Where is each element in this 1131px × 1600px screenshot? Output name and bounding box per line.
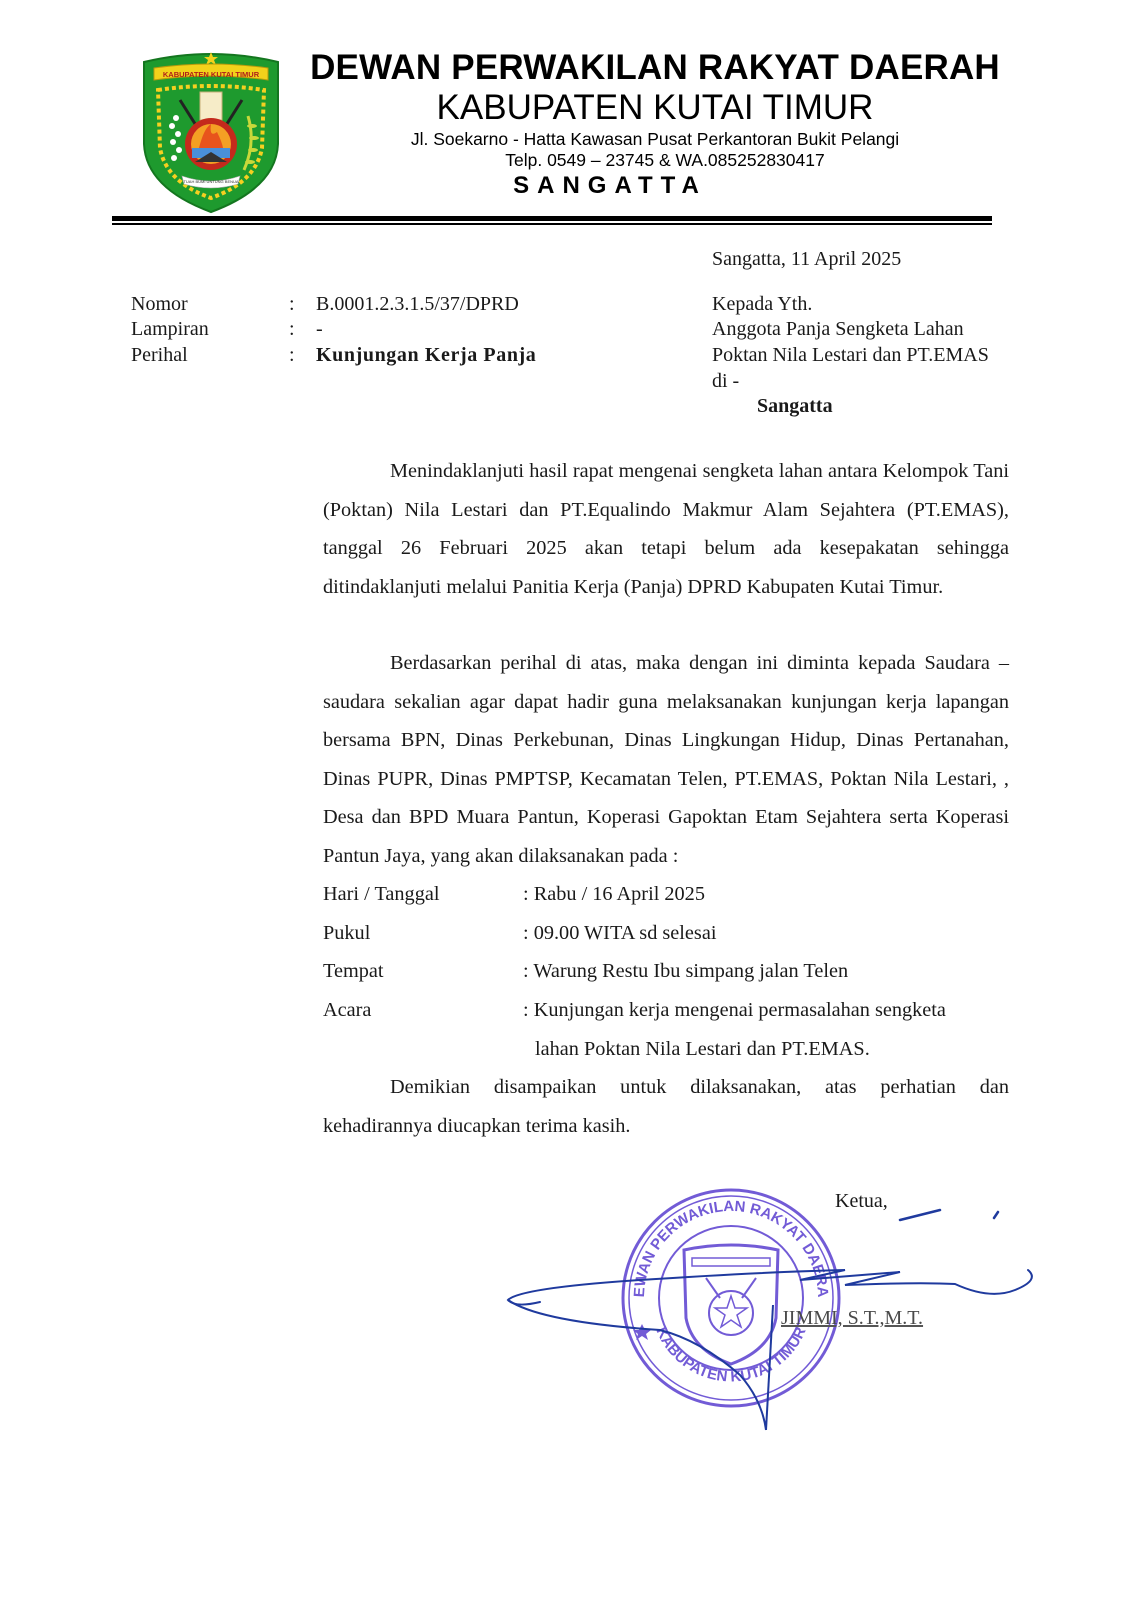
schedule-label-place: Tempat bbox=[323, 958, 384, 984]
meta-value-perihal: Kunjungan Kerja Panja bbox=[316, 342, 536, 368]
meta-sep: : bbox=[289, 316, 295, 342]
schedule-label-date: Hari / Tanggal bbox=[323, 881, 439, 907]
letterhead-address: Jl. Soekarno - Hatta Kawasan Pusat Perka… bbox=[290, 129, 1020, 150]
closing-paragraph: Demikian disampaikan untuk dilaksanakan,… bbox=[323, 1068, 1009, 1145]
body-paragraph-1: Menindaklanjuti hasil rapat mengenai sen… bbox=[323, 452, 1009, 606]
schedule-value-event: : Kunjungan kerja mengenai permasalahan … bbox=[523, 997, 946, 1023]
handwritten-signature-icon bbox=[500, 1200, 1045, 1440]
recipient-line1: Anggota Panja Sengketa Lahan bbox=[712, 316, 964, 342]
meta-label-perihal: Perihal bbox=[131, 342, 188, 368]
recipient-place: Sangatta bbox=[757, 393, 833, 419]
meta-label-lampiran: Lampiran bbox=[131, 316, 209, 342]
letterhead-organization: DEWAN PERWAKILAN RAKYAT DAERAH bbox=[290, 48, 1020, 88]
meta-sep: : bbox=[289, 342, 295, 368]
meta-label-nomor: Nomor bbox=[131, 291, 188, 317]
letterhead-city: SANGATTA bbox=[245, 172, 975, 200]
meta-value-lampiran: - bbox=[316, 316, 323, 342]
meta-value-nomor: B.0001.2.3.1.5/37/DPRD bbox=[316, 291, 519, 317]
recipient-di: di - bbox=[712, 368, 739, 394]
recipient-line2: Poktan Nila Lestari dan PT.EMAS bbox=[712, 342, 989, 368]
svg-text:KABUPATEN KUTAI TIMUR: KABUPATEN KUTAI TIMUR bbox=[163, 70, 260, 79]
recipient-greeting: Kepada Yth. bbox=[712, 291, 812, 317]
schedule-value-event-continued: lahan Poktan Nila Lestari dan PT.EMAS. bbox=[535, 1036, 870, 1062]
body-paragraph-2: Berdasarkan perihal di atas, maka dengan… bbox=[323, 644, 1009, 875]
schedule-value-time: : 09.00 WITA sd selesai bbox=[523, 920, 716, 946]
letterhead-region: KABUPATEN KUTAI TIMUR bbox=[290, 88, 1020, 128]
schedule-label-event: Acara bbox=[323, 997, 371, 1023]
letterhead-phone: Telp. 0549 – 23745 & WA.085252830417 bbox=[300, 150, 1030, 171]
letterhead-divider-thick bbox=[112, 216, 992, 221]
schedule-value-place: : Warung Restu Ibu simpang jalan Telen bbox=[523, 958, 848, 984]
meta-sep: : bbox=[289, 291, 295, 317]
place-date: Sangatta, 11 April 2025 bbox=[712, 246, 901, 272]
schedule-value-date: : Rabu / 16 April 2025 bbox=[523, 881, 705, 907]
letterhead-divider-thin bbox=[112, 223, 992, 225]
svg-text:TUAH BUMI UNTUNG BENUA: TUAH BUMI UNTUNG BENUA bbox=[183, 179, 238, 184]
schedule-label-time: Pukul bbox=[323, 920, 370, 946]
